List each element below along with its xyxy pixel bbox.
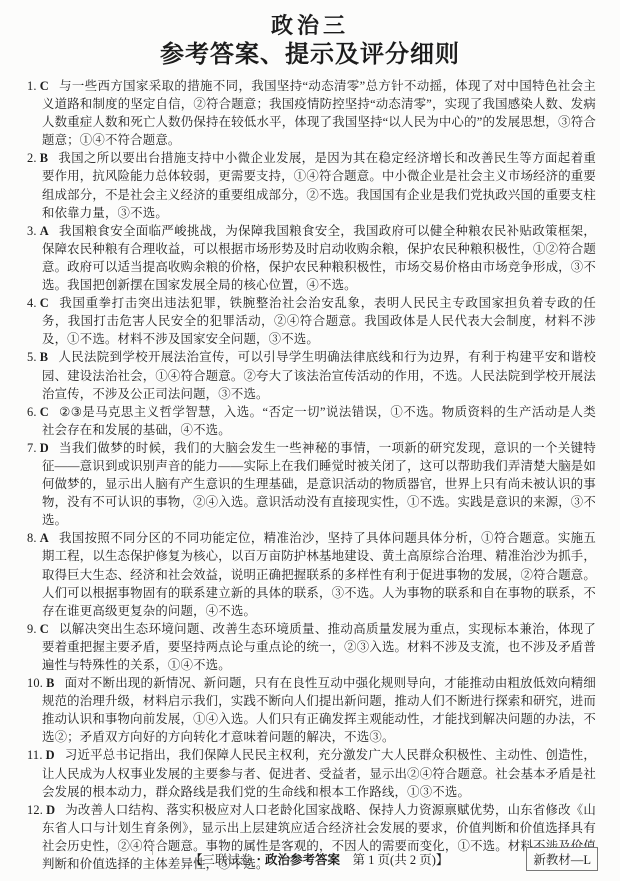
answers-list: 1.C与一些西方国家采取的措施不同，我国坚持“动态清零”总方针不动摇，体现了对中… [27, 77, 596, 873]
answer-number: 12. [27, 803, 43, 817]
footer-booklet-name: 政治参考答案 [265, 853, 340, 867]
answer-number: 9. [27, 622, 37, 636]
answer-text: 面对不断出现的新情况、新问题，只有在良性互动中强化规则导向，才能推动由粗放低效向… [42, 676, 596, 744]
answer-item-4: 4.C我国重拳打击突出违法犯罪，铁腕整治社会治安乱象，表明人民民主专政国家担负着… [27, 294, 596, 348]
answer-item-8: 8.A我国按照不同分区的不同功能定位，精准治沙，坚持了具体问题具体分析，①符合题… [27, 529, 596, 619]
answer-item-11: 11.D习近平总书记指出，我们保障人民民主权利，充分激发广大人民群众积极性、主动… [27, 746, 596, 800]
answer-choice: D [46, 803, 55, 817]
answer-text: 我国之所以要出台措施支持中小微企业发展，是因为其在稳定经济增长和改善民生等方面起… [42, 151, 596, 219]
answer-choice: D [46, 748, 55, 762]
answer-choice: C [40, 405, 49, 419]
answer-number: 2. [27, 151, 37, 165]
page-header: 政治三 参考答案、提示及评分细则 [0, 0, 620, 70]
answer-text: 与一些西方国家采取的措施不同，我国坚持“动态清零”总方针不动摇，体现了对中国特色… [42, 79, 596, 147]
answer-text: 人民法院到学校开展法治宣传，可以引导学生明确法律底线和行为边界，有利于构建平安和… [42, 350, 596, 400]
answer-number: 6. [27, 405, 37, 419]
answer-item-2: 2.B我国之所以要出台措施支持中小微企业发展，是因为其在稳定经济增长和改善民生等… [27, 149, 596, 221]
answer-choice: B [46, 676, 54, 690]
answer-number: 1. [27, 79, 37, 93]
answer-number: 4. [27, 296, 37, 310]
answer-item-9: 9.C以解决突出生态环境问题、改善生态环境质量、推动高质量发展为重点，实现标本兼… [27, 620, 596, 674]
edition-tag-badge: 新教材—L [526, 847, 598, 871]
answer-choice: C [40, 79, 49, 93]
answer-text: 我国按照不同分区的不同功能定位，精准治沙，坚持了具体问题具体分析，①符合题意。实… [42, 531, 596, 617]
answer-choice: A [40, 531, 49, 545]
answer-number: 3. [27, 224, 37, 238]
answer-choice: D [40, 441, 49, 455]
answer-number: 5. [27, 350, 37, 364]
footer-prefix: 【三联试卷・ [190, 853, 265, 867]
page-subtitle: 参考答案、提示及评分细则 [0, 40, 620, 70]
answer-item-10: 10.B面对不断出现的新情况、新问题，只有在良性互动中强化规则导向，才能推动由粗… [27, 674, 596, 746]
answer-item-3: 3.A我国粮食安全面临严峻挑战，为保障我国粮食安全，我国政府可以健全种粮农民补贴… [27, 222, 596, 294]
answer-item-6: 6.C②③是马克思主义哲学智慧，入选。“否定一切”说法错误，①不选。物质资料的生… [27, 403, 596, 439]
answer-text: 我国粮食安全面临严峻挑战，为保障我国粮食安全，我国政府可以健全种粮农民补贴政策框… [42, 224, 596, 292]
answer-text: 当我们做梦的时候，我们的大脑会发生一些神秘的事情，一项新的研究发现，意识的一个关… [42, 441, 596, 527]
page-footer: 【三联试卷・政治参考答案 第 1 页(共 2 页)】 新教材—L [0, 847, 620, 869]
answer-number: 7. [27, 441, 37, 455]
answer-choice: B [40, 350, 48, 364]
answer-choice: C [40, 296, 49, 310]
answer-sheet-page: 政治三 参考答案、提示及评分细则 1.C与一些西方国家采取的措施不同，我国坚持“… [0, 0, 620, 881]
page-title: 政治三 [0, 12, 620, 40]
answer-choice: B [40, 151, 48, 165]
answer-item-5: 5.B人民法院到学校开展法治宣传，可以引导学生明确法律底线和行为边界，有利于构建… [27, 348, 596, 402]
answer-item-1: 1.C与一些西方国家采取的措施不同，我国坚持“动态清零”总方针不动摇，体现了对中… [27, 77, 596, 149]
answer-text: ②③是马克思主义哲学智慧，入选。“否定一切”说法错误，①不选。物质资料的生产活动… [42, 405, 596, 437]
answer-number: 8. [27, 531, 37, 545]
answer-number: 10. [27, 676, 43, 690]
footer-page-number: 第 1 页(共 2 页)】 [340, 853, 448, 867]
answer-text: 习近平总书记指出，我们保障人民民主权利，充分激发广大人民群众积极性、主动性、创造… [42, 748, 596, 798]
answer-text: 我国重拳打击突出违法犯罪，铁腕整治社会治安乱象，表明人民民主专政国家担负着专政的… [42, 296, 596, 346]
footer-caption: 【三联试卷・政治参考答案 第 1 页(共 2 页)】 [190, 850, 448, 868]
answer-item-7: 7.D当我们做梦的时候，我们的大脑会发生一些神秘的事情，一项新的研究发现，意识的… [27, 439, 596, 529]
answer-number: 11. [27, 748, 43, 762]
answer-text: 以解决突出生态环境问题、改善生态环境质量、推动高质量发展为重点，实现标本兼治，体… [42, 622, 596, 672]
answer-choice: A [40, 224, 49, 238]
answer-choice: C [40, 622, 49, 636]
